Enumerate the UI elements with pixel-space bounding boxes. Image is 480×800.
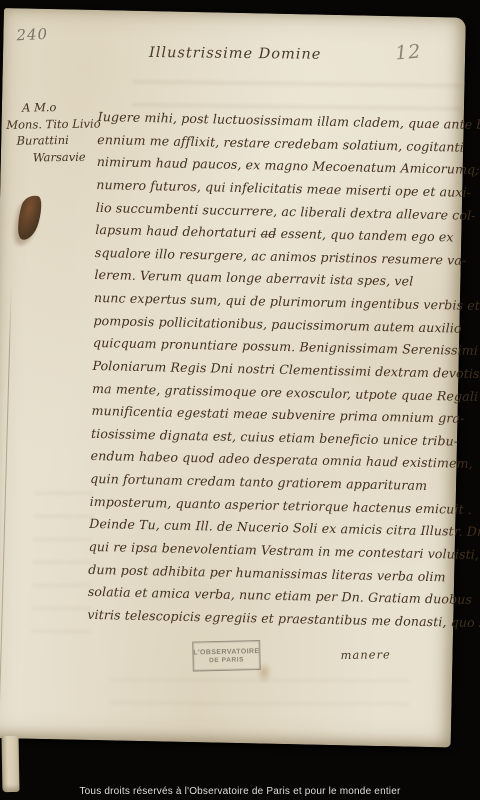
page-number-pencil: 12 <box>394 40 422 64</box>
margin-address: A M.o Mons. Tito Livio Burattini Warsavi… <box>6 98 107 165</box>
footer-copyright: Tous droits réservés à l'Observatoire de… <box>0 786 480 797</box>
paper-crease <box>0 283 12 738</box>
ink-blot <box>13 193 45 243</box>
catchword: manere <box>340 647 390 662</box>
margin-address-line: Warsavie <box>33 148 107 166</box>
archive-number-pencil: 240 <box>16 25 48 45</box>
stamp-text-line: DE PARIS <box>209 656 244 665</box>
verso-bleedthrough <box>31 479 95 650</box>
observatory-stamp: L'OBSERVATOIRE DE PARIS <box>192 640 261 672</box>
letter-body: Iugere mihi, post luctuosissimam illam c… <box>87 106 460 634</box>
margin-address-line: Burattini <box>16 131 106 149</box>
margin-address-line: Mons. Tito Livio <box>6 115 106 133</box>
letter-salutation: Illustrissime Domine <box>149 45 321 63</box>
scan-background: 240 12 Illustrissime Domine A M.o Mons. … <box>0 0 480 800</box>
page-edge-tab <box>2 736 20 792</box>
margin-address-line: A M.o <box>22 98 106 116</box>
document-page: 240 12 Illustrissime Domine A M.o Mons. … <box>0 8 466 748</box>
